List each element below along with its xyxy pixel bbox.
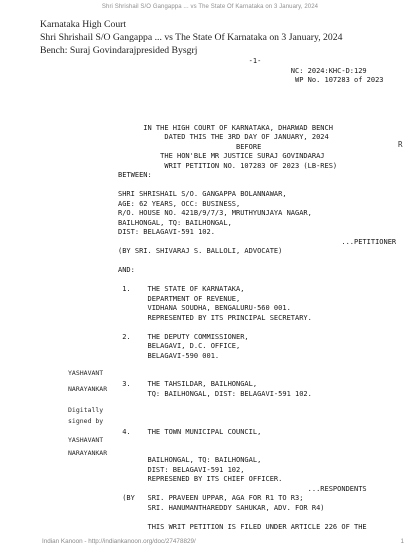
digital-signature-stamp-line: YASHAVANT xyxy=(68,369,103,377)
judgment-page: Shri Shrishail S/O Gangappa ... vs The S… xyxy=(0,0,420,560)
digital-signature-stamp-line: NARAYANKAR xyxy=(68,449,107,457)
running-header: Shri Shrishail S/O Gangappa ... vs The S… xyxy=(0,4,420,10)
title-block: Karnataka High Court Shri Shrishail S/O … xyxy=(40,18,342,57)
digital-signature-stamp-line: Digitally xyxy=(68,406,103,414)
footer-source-url: Indian Kanoon - http://indiankanoon.org/… xyxy=(42,538,196,545)
case-title: Shri Shrishail S/O Gangappa ... vs The S… xyxy=(40,31,342,44)
footer-page-number: 1 xyxy=(400,538,404,545)
court-name: Karnataka High Court xyxy=(40,18,342,31)
digital-signature-stamp-line: YASHAVANT xyxy=(68,436,103,444)
digital-signature-stamp-line: NARAYANKAR xyxy=(68,385,107,393)
right-margin-letter: R xyxy=(398,140,403,149)
digital-signature-stamp-line: signed by xyxy=(68,417,103,425)
bench-line: Bench: Suraj Govindarajpresided Bysgrj xyxy=(40,44,342,57)
document-body-text: -1- NC: 2024:KHC-D:129 WP No. 107283 of … xyxy=(118,57,396,532)
page-footer: Indian Kanoon - http://indiankanoon.org/… xyxy=(42,538,404,545)
